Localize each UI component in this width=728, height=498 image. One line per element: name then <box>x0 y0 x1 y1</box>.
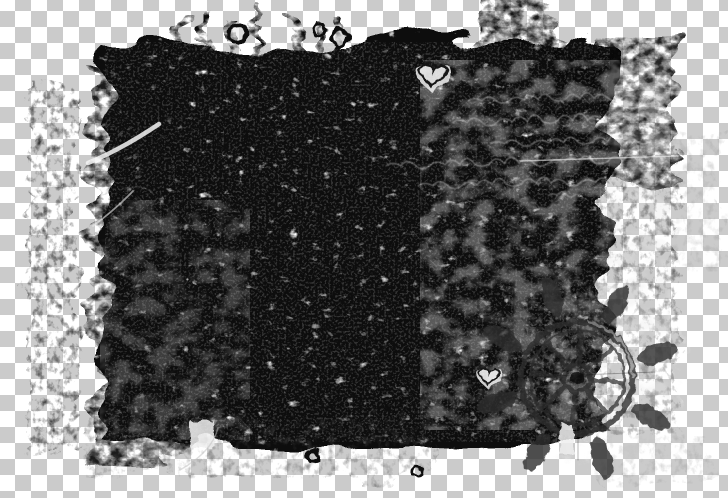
transparency-checkerboard-background <box>0 0 728 498</box>
outer-left-grunge-strip <box>28 80 76 450</box>
wheel-spoke <box>578 331 581 365</box>
wheel-hub <box>571 372 583 384</box>
white-patch <box>560 424 574 454</box>
worn-patch-overlay-left <box>100 200 250 440</box>
grommet-ring-icon <box>332 30 348 46</box>
right-edge-specks <box>672 130 722 270</box>
wheel-spoke <box>590 379 624 382</box>
grommet-ring-icon <box>229 25 247 43</box>
grunge-texture-artwork <box>0 0 728 498</box>
